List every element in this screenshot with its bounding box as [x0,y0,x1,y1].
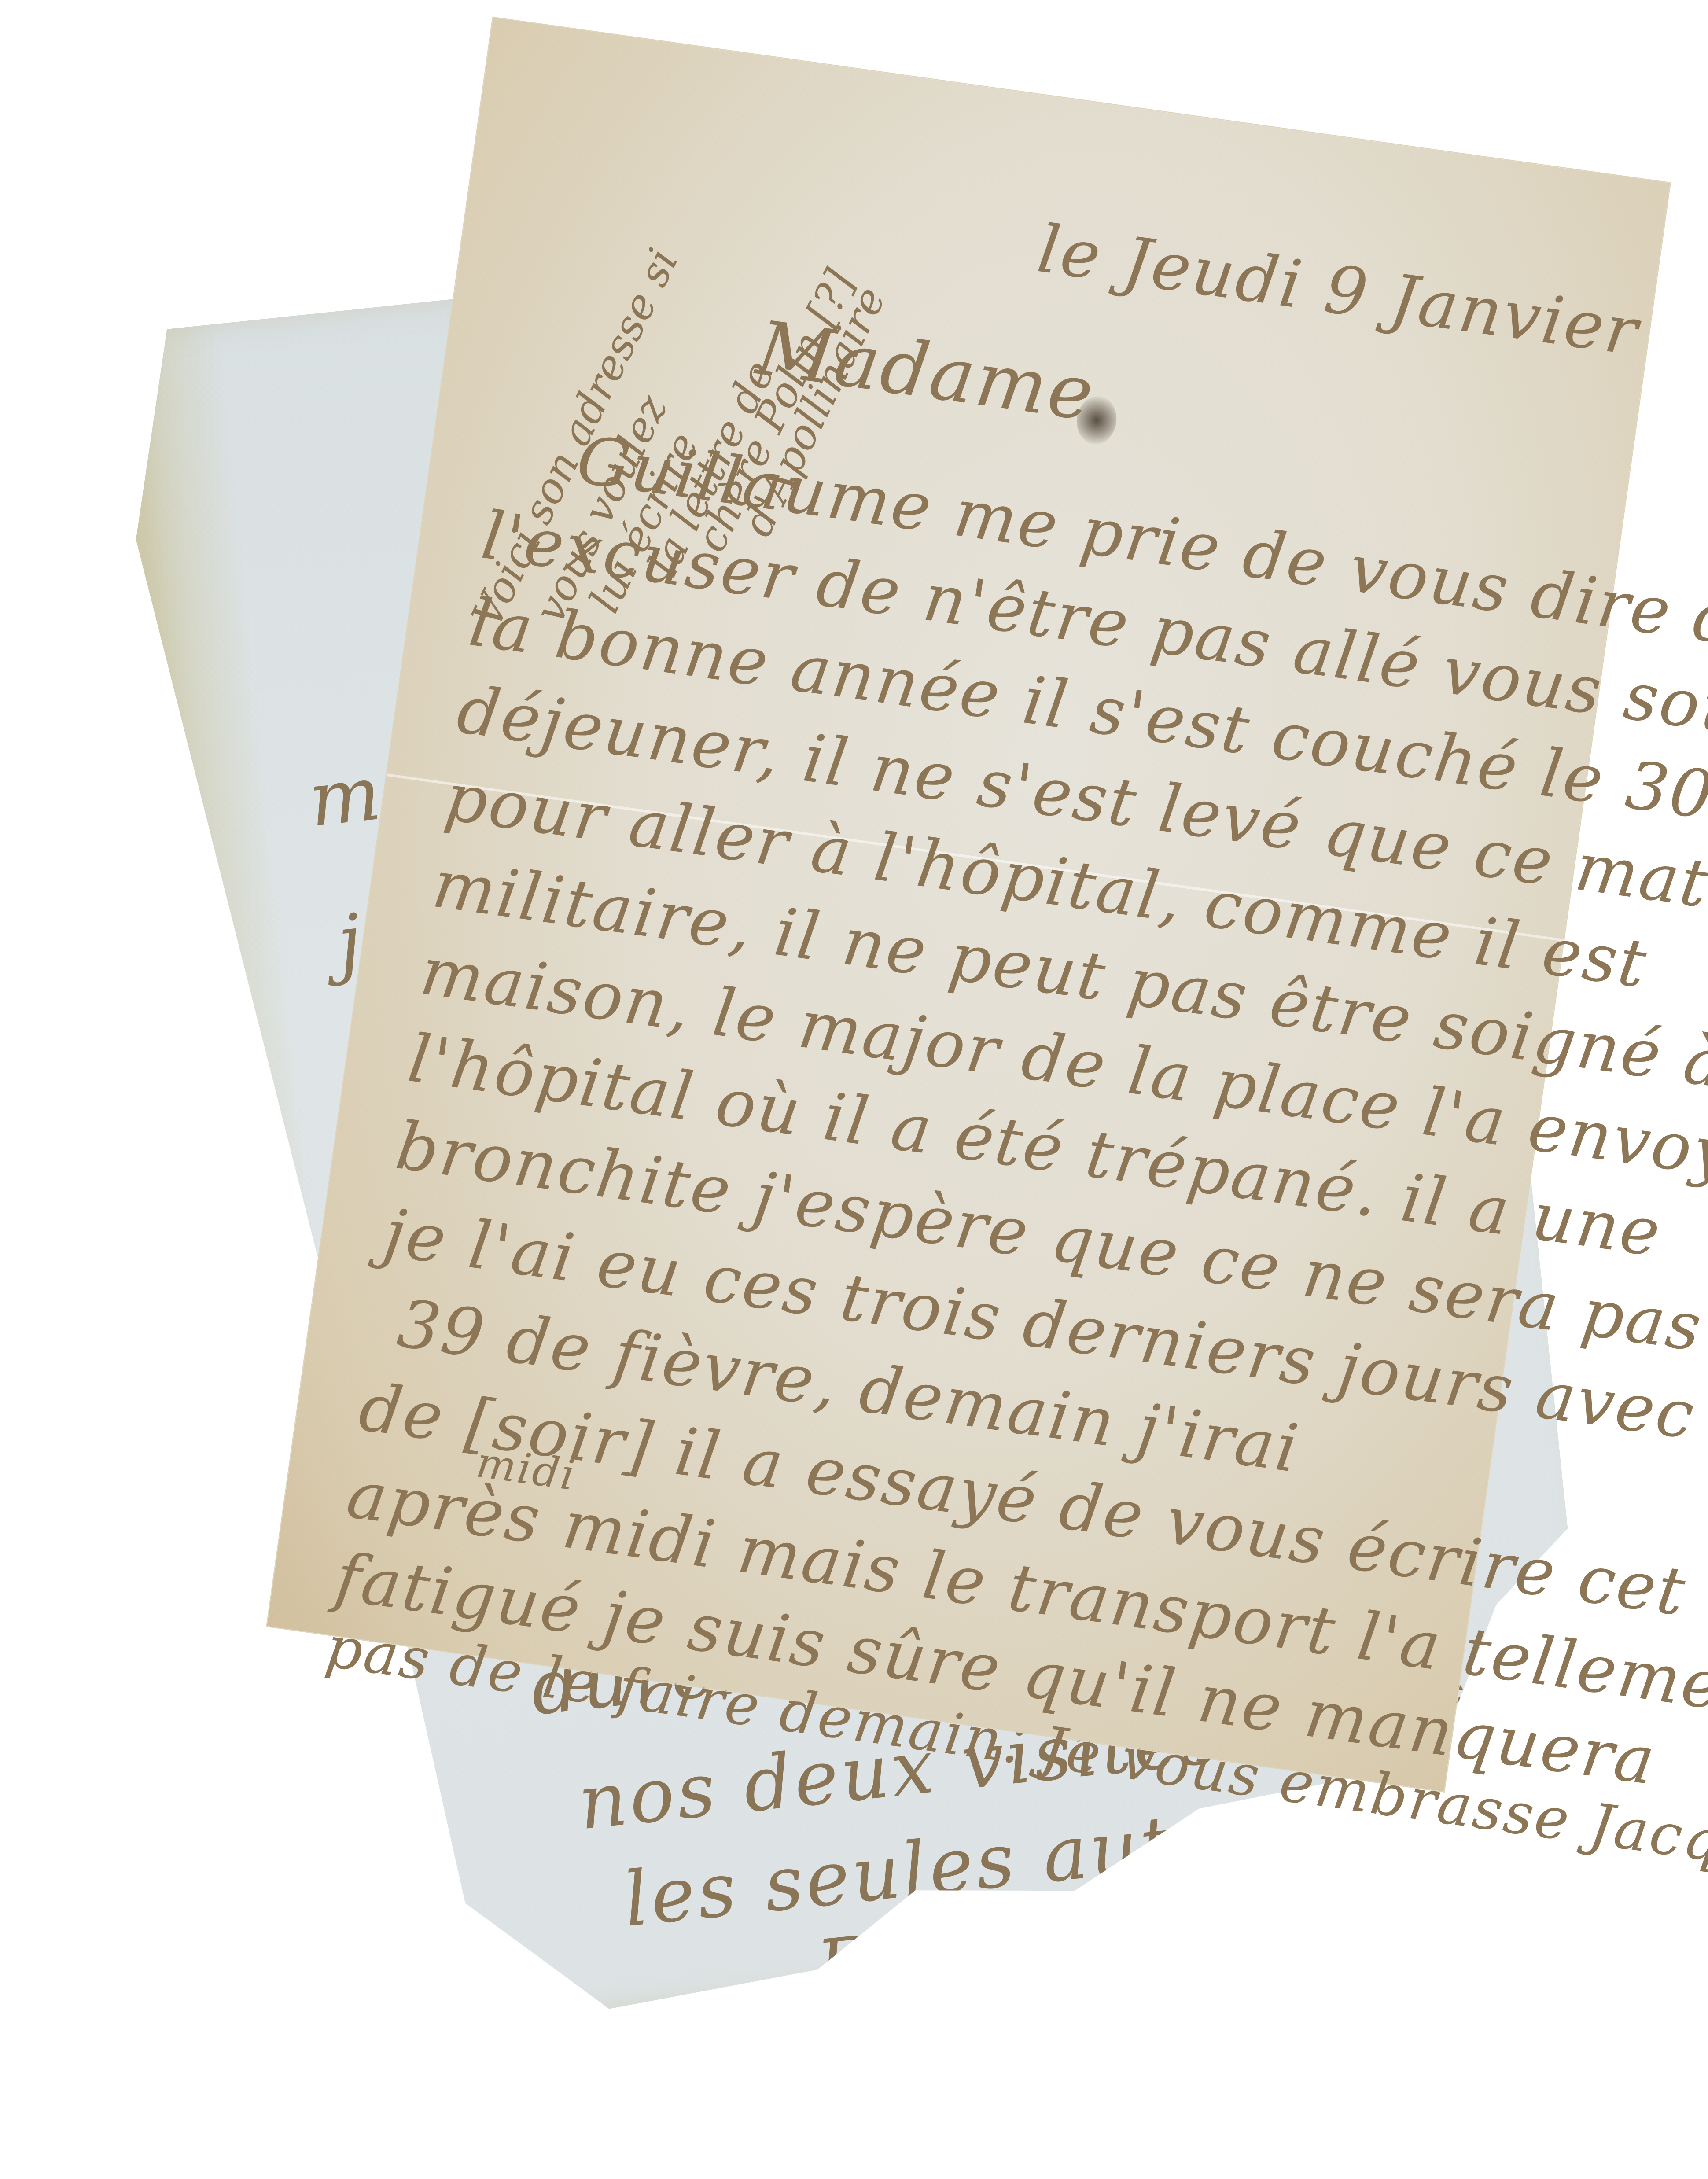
beige-letter: Voici son adresse si vous voulez lui écr… [267,18,1670,1792]
letters-photo: P.S. Je mets ce mot pour que vous ne l'a… [0,0,1708,2179]
letter-date: le Jeudi 9 Janvier [1033,210,1644,371]
